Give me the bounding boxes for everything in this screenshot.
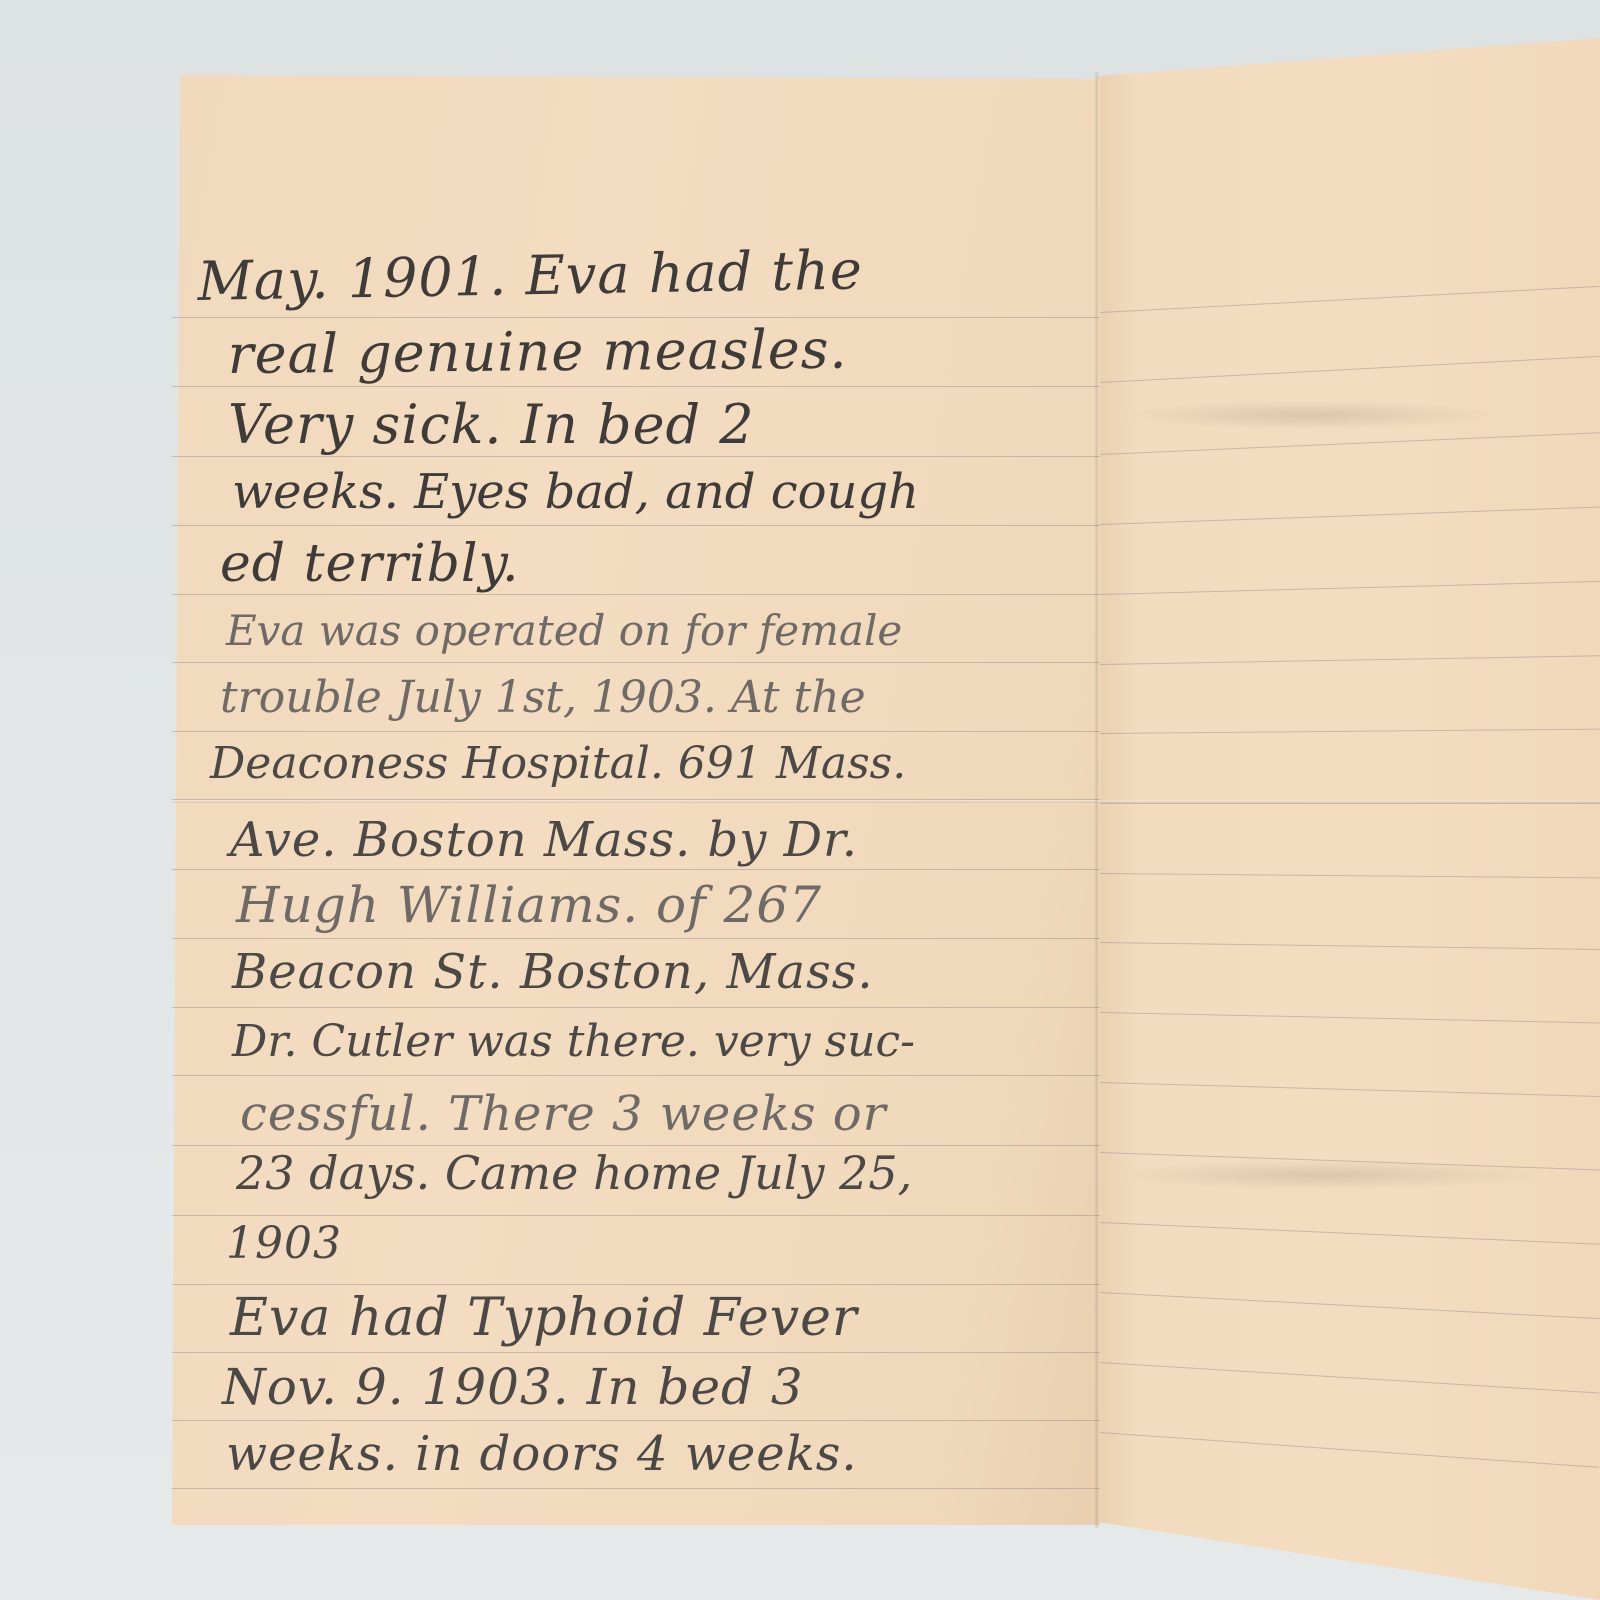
handwritten-line: Eva was operated on for female [226,610,902,652]
handwritten-line: cessful. There 3 weeks or [240,1090,887,1138]
handwritten-line: May. 1901. Eva had the [197,243,863,309]
handwritten-line: Eva had Typhoid Fever [230,1292,858,1344]
handwritten-line: 23 days. Came home July 25, [236,1150,912,1196]
handwritten-line: Deaconess Hospital. 691 Mass. [210,742,906,786]
handwritten-line: Dr. Cutler was there. very suc- [232,1020,915,1064]
handwritten-line: trouble July 1st, 1903. At the [220,676,866,720]
handwritten-line: Ave. Boston Mass. by Dr. [230,816,858,864]
handwritten-line: ed terribly. [220,538,520,590]
handwritten-line: Hugh Williams. of 267 [236,880,822,930]
handwritten-line: weeks. in doors 4 weeks. [226,1430,858,1478]
handwritten-text: May. 1901. Eva had the real genuine meas… [0,0,1600,1600]
photo-scene: May. 1901. Eva had the real genuine meas… [0,0,1600,1600]
handwritten-line: weeks. Eyes bad, and cough [232,468,919,516]
handwritten-line: Nov. 9. 1903. In bed 3 [222,1362,804,1412]
handwritten-line: real genuine measles. [228,323,848,382]
handwritten-line: 1903 [226,1222,342,1266]
handwritten-line: Very sick. In bed 2 [228,398,755,452]
handwritten-line: Beacon St. Boston, Mass. [232,948,874,996]
